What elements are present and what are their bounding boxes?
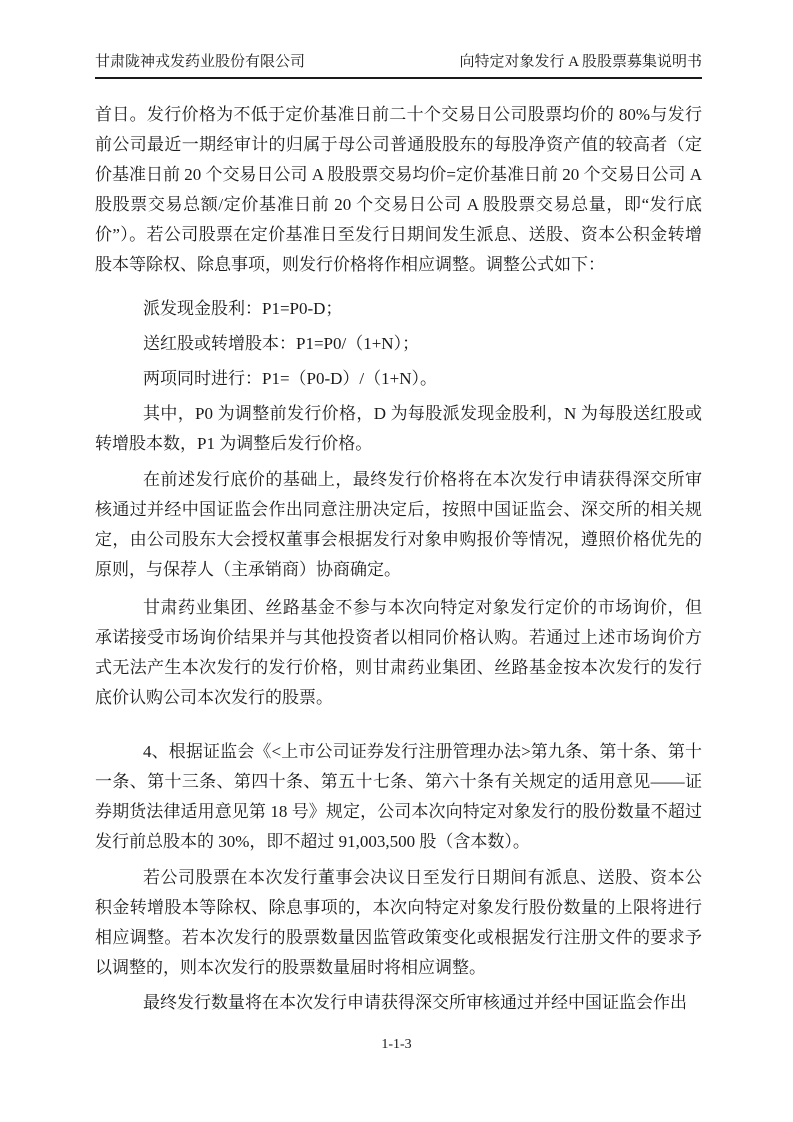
- paragraph-issuance-quantity-limit: 4、根据证监会《<上市公司证券发行注册管理办法>第九条、第十条、第十一条、第十三…: [95, 737, 702, 857]
- header-company-name: 甘肃陇神戎发药业股份有限公司: [95, 52, 305, 72]
- paragraph-quantity-adjustment: 若公司股票在本次发行董事会决议日至发行日期间有派息、送股、资本公积金转增股本等除…: [95, 863, 702, 983]
- paragraph-inquiry-commitment: 甘肃药业集团、丝路基金不参与本次向特定对象发行定价的市场询价，但承诺接受市场询价…: [95, 593, 702, 713]
- header-document-title: 向特定对象发行 A 股股票募集说明书: [459, 52, 702, 72]
- paragraph-final-price-determination: 在前述发行底价的基础上，最终发行价格将在本次发行申请获得深交所审核通过并经中国证…: [95, 465, 702, 585]
- paragraph-final-quantity: 最终发行数量将在本次发行申请获得深交所审核通过并经中国证监会作出: [95, 988, 702, 1018]
- page-number: 1-1-3: [381, 1037, 411, 1052]
- paragraph-pricing-continuation: 首日。发行价格为不低于定价基准日前二十个交易日公司股票均价的 80%与发行前公司…: [95, 100, 702, 280]
- formula-bonus-shares: 送红股或转增股本：P1=P0/（1+N）；: [95, 329, 702, 359]
- paragraph-variable-definitions: 其中，P0 为调整前发行价格，D 为每股派发现金股利，N 为每股送红股或转增股本…: [95, 399, 702, 459]
- page-header: 甘肃陇神戎发药业股份有限公司 向特定对象发行 A 股股票募集说明书: [95, 52, 702, 79]
- formula-combined: 两项同时进行：P1=（P0-D）/（1+N）。: [95, 364, 702, 394]
- document-page: 甘肃陇神戎发药业股份有限公司 向特定对象发行 A 股股票募集说明书 首日。发行价…: [0, 0, 793, 1122]
- document-body: 首日。发行价格为不低于定价基准日前二十个交易日公司股票均价的 80%与发行前公司…: [95, 100, 702, 1018]
- page-footer: 1-1-3: [0, 1036, 793, 1054]
- formula-cash-dividend: 派发现金股利：P1=P0-D；: [95, 294, 702, 324]
